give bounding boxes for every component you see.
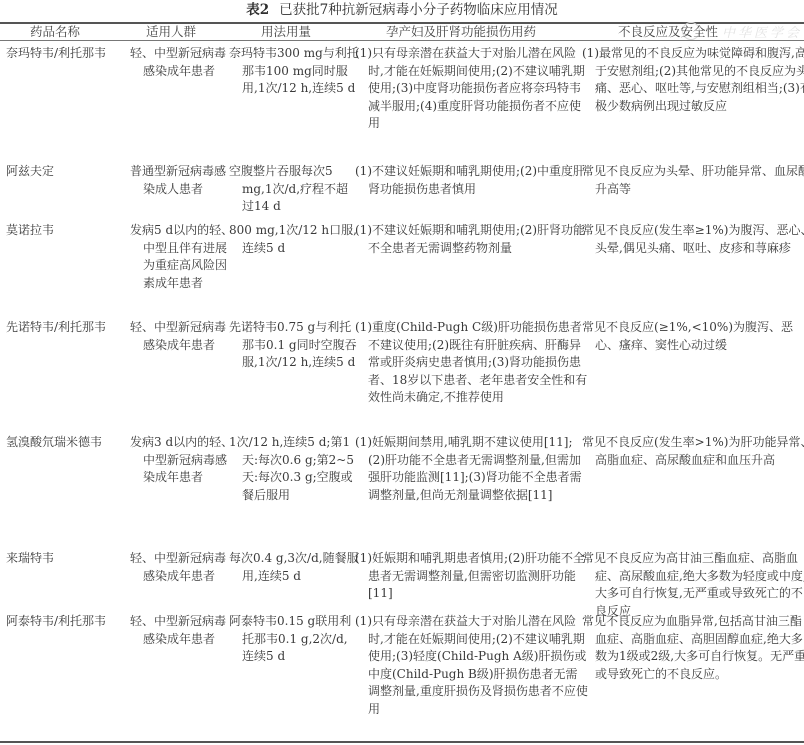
header-rule xyxy=(0,40,804,41)
population: 发病5 d以内的轻、中型且伴有进展为重症高风险因素成年患者 xyxy=(130,222,235,292)
drug-name: 奈玛特韦/利托那韦 xyxy=(6,45,124,63)
drug-name: 来瑞特韦 xyxy=(6,550,124,568)
table-title: 已获批7种抗新冠病毒小分子药物临床应用情况 xyxy=(279,2,558,18)
drug-name: 先诺特韦/利托那韦 xyxy=(6,319,124,337)
pregnancy-hepatic-renal: (1)不建议妊娠期和哺乳期使用;(2)肝肾功能不全患者无需调整药物剂量 xyxy=(355,222,588,257)
dosage: 空腹整片吞服每次5 mg,1次/d,疗程不超过14 d xyxy=(229,163,360,216)
pregnancy-hepatic-renal: (1)重度(Child-Pugh C级)肝功能损伤患者不建议使用;(2)既往有肝… xyxy=(355,319,588,407)
adverse-safety: 常见不良反应(发生率≥1%)为腹泻、恶心、头晕,偶见头痛、呕吐、皮疹和荨麻疹 xyxy=(582,222,804,257)
population: 普通型新冠病毒感染成人患者 xyxy=(130,163,235,198)
adverse-safety: 常见不良反应为头晕、肝功能异常、血尿酸升高等 xyxy=(582,163,804,198)
pregnancy-hepatic-renal: (1)只有母亲潜在获益大于对胎儿潜在风险时,才能在妊娠期间使用;(2)不建议哺乳… xyxy=(355,45,588,133)
header-drug-name: 药品名称 xyxy=(30,24,80,40)
adverse-safety: 常见不良反应(≥1%,<10%)为腹泻、恶心、瘙痒、窦性心动过缓 xyxy=(582,319,804,354)
drug-name: 阿兹夫定 xyxy=(6,163,124,181)
header-adverse: 不良反应及安全性 xyxy=(618,24,718,40)
dosage: 奈玛特韦300 mg与利托那韦100 mg同时服用,1次/12 h,连续5 d xyxy=(229,45,360,98)
watermark: 中华医学会 xyxy=(722,22,802,41)
dosage: 800 mg,1次/12 h口服,连续5 d xyxy=(229,222,360,257)
header-population: 适用人群 xyxy=(146,24,196,40)
drug-name: 氢溴酸氘瑞米德韦 xyxy=(6,434,124,452)
drug-name: 莫诺拉韦 xyxy=(6,222,124,240)
header-pregnancy: 孕产妇及肝肾功能损伤用药 xyxy=(386,24,536,40)
bottom-rule xyxy=(0,741,804,743)
pregnancy-hepatic-renal: (1)妊娠期间禁用,哺乳期不建议使用[11];(2)肝功能不全患者无需调整剂量,… xyxy=(355,434,588,504)
population: 轻、中型新冠病毒感染成年患者 xyxy=(130,45,235,80)
population: 轻、中型新冠病毒感染成年患者 xyxy=(130,613,235,648)
table-caption: 表2已获批7种抗新冠病毒小分子药物临床应用情况 xyxy=(0,0,804,20)
adverse-safety: (1)最常见的不良反应为味觉障碍和腹泻,高于安慰剂组;(2)其他常见的不良反应为… xyxy=(582,45,804,115)
table-number: 表2 xyxy=(246,2,269,18)
pregnancy-hepatic-renal: (1)不建议妊娠期和哺乳期使用;(2)中重度肝肾功能损伤患者慎用 xyxy=(355,163,588,198)
population: 发病3 d以内的轻、中型新冠病毒感染成年患者 xyxy=(130,434,235,487)
adverse-safety: 常见不良反应(发生率>1%)为肝功能异常、高脂血症、高尿酸血症和血压升高 xyxy=(582,434,804,469)
pregnancy-hepatic-renal: (1)只有母亲潜在获益大于对胎儿潜在风险时,才能在妊娠期间使用;(2)不建议哺乳… xyxy=(355,613,588,719)
population: 轻、中型新冠病毒感染成年患者 xyxy=(130,550,235,585)
dosage: 阿泰特韦0.15 g联用利托那韦0.1 g,2次/d, 连续5 d xyxy=(229,613,360,666)
dosage: 1次/12 h,连续5 d;第1天:每次0.6 g;第2~5天:每次0.3 g;… xyxy=(229,434,360,504)
pregnancy-hepatic-renal: (1)妊娠期和哺乳期患者慎用;(2)肝功能不全患者无需调整剂量,但需密切监测肝功… xyxy=(355,550,588,603)
adverse-safety: 常见不良反应为高甘油三酯血症、高脂血症、高尿酸血症,绝大多数为轻度或中度;大多可… xyxy=(582,550,804,620)
adverse-safety: 常见不良反应为血脂异常,包括高甘油三酯血症、高脂血症、高胆固醇血症,绝大多数为1… xyxy=(582,613,804,683)
dosage: 先诺特韦0.75 g与利托那韦0.1 g同时空腹吞服,1次/12 h,连续5 d xyxy=(229,319,360,372)
population: 轻、中型新冠病毒感染成年患者 xyxy=(130,319,235,354)
drug-name: 阿泰特韦/利托那韦 xyxy=(6,613,124,631)
dosage: 每次0.4 g,3次/d,随餐服用,连续5 d xyxy=(229,550,360,585)
header-dosage: 用法用量 xyxy=(261,24,311,40)
